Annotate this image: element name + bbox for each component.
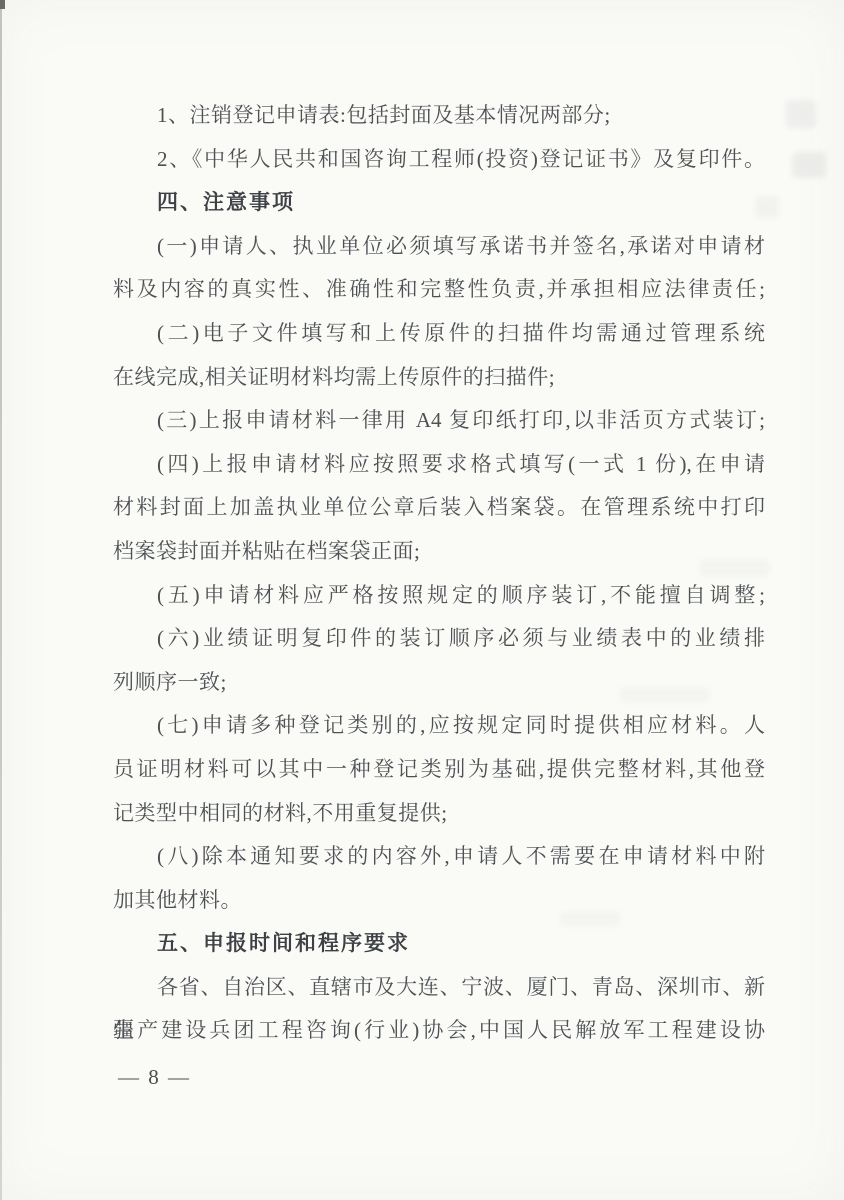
- section-heading: 五、申报时间和程序要求: [113, 922, 765, 966]
- page-number: — 8 —: [118, 1062, 191, 1092]
- doc-line: 在线完成,相关证明材料均需上传原件的扫描件;: [113, 356, 765, 400]
- document-body: 1、注销登记申请表:包括封面及基本情况两部分;2、《中华人民共和国咨询工程师(投…: [113, 94, 765, 1053]
- doc-line: (四)上报申请材料应按照要求格式填写(一式 1 份),在申请: [113, 443, 765, 487]
- doc-line: 档案袋封面并粘贴在档案袋正面;: [113, 530, 765, 574]
- doc-line: 记类型中相同的材料,不用重复提供;: [113, 792, 765, 836]
- scan-edge-line: [0, 0, 2, 1200]
- doc-line: (一)申请人、执业单位必须填写承诺书并签名,承诺对申请材: [113, 225, 765, 269]
- doc-line: 材料封面上加盖执业单位公章后装入档案袋。在管理系统中打印: [113, 486, 765, 530]
- doc-line: 员证明材料可以其中一种登记类别为基础,提供完整材料,其他登: [113, 748, 765, 792]
- doc-line: 2、《中华人民共和国咨询工程师(投资)登记证书》及复印件。: [113, 138, 765, 182]
- doc-line: (六)业绩证明复印件的装订顺序必须与业绩表中的业绩排: [113, 617, 765, 661]
- scan-smudge: [786, 100, 816, 128]
- doc-line: (三)上报申请材料一律用 A4 复印纸打印,以非活页方式装订;: [113, 399, 765, 443]
- doc-line: (七)申请多种登记类别的,应按规定同时提供相应材料。人: [113, 704, 765, 748]
- doc-line: 1、注销登记申请表:包括封面及基本情况两部分;: [113, 94, 765, 138]
- doc-line: 生产建设兵团工程咨询(行业)协会,中国人民解放军工程建设协: [113, 1009, 765, 1053]
- doc-line: (八)除本通知要求的内容外,申请人不需要在申请材料中附: [113, 835, 765, 879]
- doc-line: (二)电子文件填写和上传原件的扫描件均需通过管理系统: [113, 312, 765, 356]
- doc-line: 料及内容的真实性、准确性和完整性负责,并承担相应法律责任;: [113, 268, 765, 312]
- doc-line: 列顺序一致;: [113, 661, 765, 705]
- document-page: 1、注销登记申请表:包括封面及基本情况两部分;2、《中华人民共和国咨询工程师(投…: [0, 0, 844, 1200]
- scan-corner-artifact: [0, 0, 5, 9]
- scan-smudge: [792, 152, 826, 178]
- doc-line: 加其他材料。: [113, 879, 765, 923]
- section-heading: 四、注意事项: [113, 181, 765, 225]
- doc-line: (五)申请材料应严格按照规定的顺序装订,不能擅自调整;: [113, 574, 765, 618]
- doc-line: 各省、自治区、直辖市及大连、宁波、厦门、青岛、深圳市、新疆: [113, 966, 765, 1010]
